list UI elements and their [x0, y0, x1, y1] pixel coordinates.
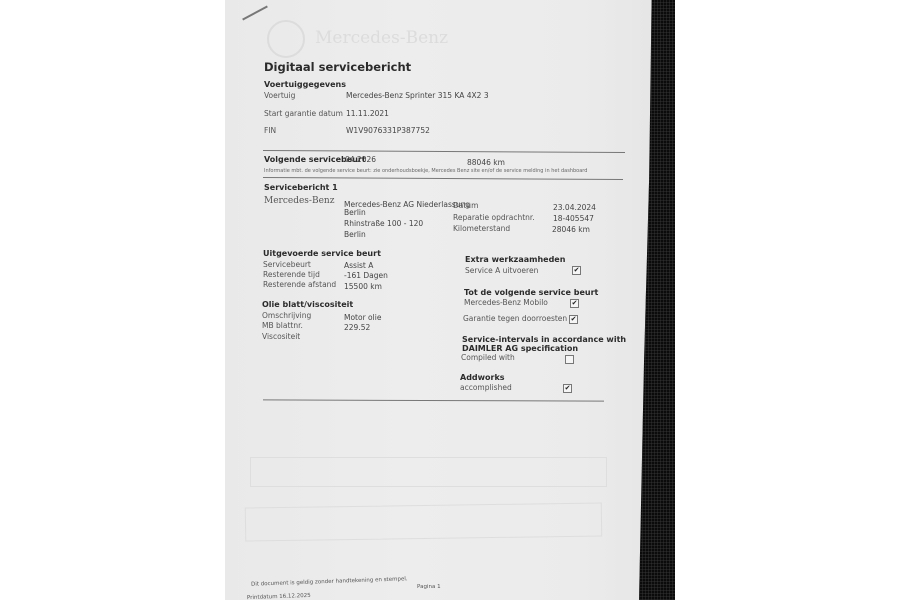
date-label: Datum [453, 201, 478, 210]
mb-sheet-value: 229.52 [344, 323, 370, 332]
dealer-line-4: Berlin [344, 230, 366, 239]
extra-item-checkbox[interactable]: ✔ [572, 266, 581, 275]
vehicle-heading: Voertuiggegevens [264, 80, 346, 89]
report-heading: Servicebericht 1 [264, 183, 338, 192]
divider [263, 177, 623, 180]
mobilo-label: Mercedes-Benz Mobilo [464, 298, 548, 307]
remaining-distance-value: 15500 km [344, 282, 382, 291]
performed-heading: Uitgevoerde service beurt [263, 249, 381, 258]
rust-warranty-checkbox[interactable]: ✔ [569, 315, 578, 324]
extra-heading: Extra werkzaamheden [465, 255, 565, 264]
divider [263, 150, 625, 153]
service-value: Assist A [344, 261, 373, 270]
document-photo: Mercedes-Benz Digitaal servicebericht Vo… [225, 0, 675, 600]
mercedes-star-watermark-icon [267, 20, 305, 58]
fin-label: FIN [264, 126, 276, 135]
remaining-time-label: Resterende tijd [263, 270, 320, 279]
remaining-distance-label: Resterende afstand [263, 280, 336, 289]
pen-mark [242, 6, 268, 21]
oil-heading: Olie blatt/viscositeit [262, 300, 353, 309]
vehicle-value: Mercedes-Benz Sprinter 315 KA 4X2 3 [346, 91, 489, 100]
fin-value: W1V9076331P387752 [346, 126, 430, 135]
vehicle-label: Voertuig [264, 91, 295, 100]
addworks-heading: Addworks [460, 373, 505, 382]
document-title: Digitaal servicebericht [264, 60, 411, 74]
brand-watermark: Mercedes-Benz [315, 28, 448, 48]
odometer-value: 28046 km [552, 225, 590, 234]
footer-print-date: Printdatum 16.12.2025 [247, 593, 311, 600]
viscosity-label: Viscositeit [262, 332, 300, 341]
show-through-table [245, 503, 602, 542]
mobilo-checkbox[interactable]: ✔ [570, 299, 579, 308]
report-brand: Mercedes-Benz [264, 196, 334, 206]
extra-item-label: Service A uitvoeren [465, 266, 538, 275]
rust-warranty-label: Garantie tegen doorroesten [463, 314, 567, 323]
warranty-start-label: Start garantie datum [264, 109, 343, 118]
order-label: Reparatie opdrachtnr. [453, 213, 535, 222]
compiled-checkbox[interactable] [565, 355, 574, 364]
date-value: 23.04.2024 [553, 203, 596, 212]
footer-validity: Dit document is geldig zonder handtekeni… [251, 576, 408, 587]
accomplished-label: accomplished [460, 383, 512, 392]
next-service-km: 88046 km [467, 158, 505, 167]
compiled-label: Compiled with [461, 353, 515, 362]
accomplished-checkbox[interactable]: ✔ [563, 384, 572, 393]
footer-page: Pagina 1 [417, 584, 441, 590]
oil-description-label: Omschrijving [262, 311, 311, 320]
dealer-line-3: Rhinstraße 100 - 120 [344, 219, 423, 228]
odometer-label: Kilometerstand [453, 224, 510, 233]
until-next-heading: Tot de volgende service beurt [464, 288, 598, 297]
next-service-date: 04.2026 [345, 155, 376, 164]
mb-sheet-label: MB blattnr. [262, 321, 303, 330]
warranty-start-value: 11.11.2021 [346, 109, 389, 118]
intervals-heading-1: Service-intervals in accordance with [462, 335, 626, 344]
divider [263, 399, 604, 401]
next-service-info: Informatie mbt. de volgende service beur… [264, 168, 587, 174]
oil-description-value: Motor olie [344, 313, 381, 322]
remaining-time-value: -161 Dagen [344, 271, 388, 280]
background-surface [639, 0, 675, 600]
intervals-heading-2: DAIMLER AG specification [462, 344, 578, 353]
service-label: Servicebeurt [263, 260, 311, 269]
show-through-table [250, 457, 607, 487]
order-value: 18-405547 [553, 214, 594, 223]
dealer-line-2: Berlin [344, 208, 366, 217]
